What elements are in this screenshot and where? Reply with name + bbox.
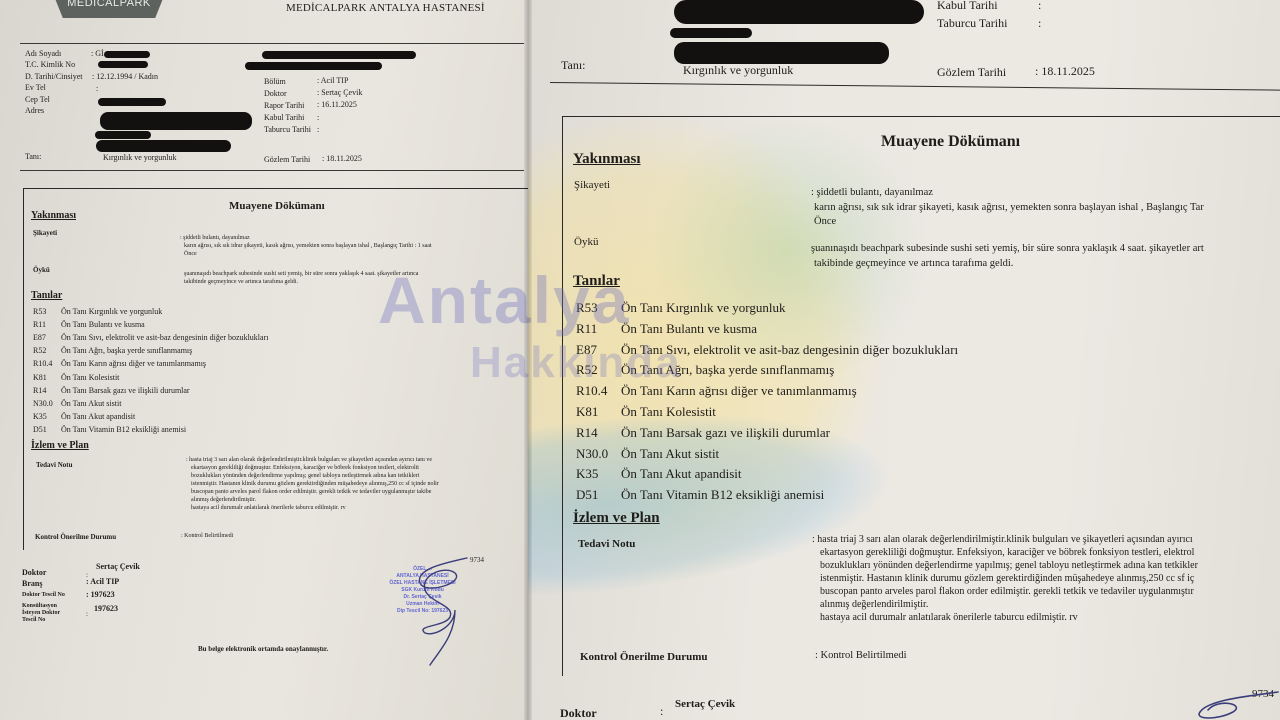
dob-label: D. Tarihi/Cinsiyet (25, 72, 83, 81)
discharge-value: : (1038, 16, 1041, 30)
signature-mark (395, 555, 505, 670)
branch-value: : Acil TIP (86, 577, 119, 586)
treatment-note-line: hastaya acil durumalr anlatılarak öneril… (812, 611, 1198, 624)
diagnosis-code: N30.0 (576, 446, 621, 462)
observation-date-value: : 18.11.2025 (1035, 64, 1095, 78)
diagnosis-text: Ön Tanı Akut apandisit (621, 466, 742, 481)
mobile-label: Cep Tel (25, 95, 50, 104)
department-value: : Acil TIP (317, 76, 348, 85)
watermark-text-primary: Antalya (378, 262, 630, 338)
admission-label: Kabul Tarihi (264, 113, 304, 122)
discharge-label: Taburcu Tarihi (937, 16, 1007, 30)
history-line-2: takibinde geçmeyince ve artınca tarafıma… (184, 278, 298, 286)
treatment-note-line: ekartasyon gerekliliği doğmuştur. Enfeks… (812, 546, 1198, 559)
reg-no-value: : 197623 (86, 590, 115, 599)
treatment-note-line: hastaya acil durumalr anlatılarak öneril… (186, 504, 516, 512)
complaint-line-2: karın ağrısı, sık sık idrar şikayeti, ka… (814, 201, 1204, 214)
diagnosis-row: K81Ön Tanı Kolesistit (33, 373, 119, 382)
treatment-note-line: buscopan panto arveles parol flakon orde… (812, 585, 1198, 598)
diagnosis-row: N30.0Ön Tanı Akut sistit (33, 399, 121, 408)
diagnosis-row: K35Ön Tanı Akut apandisit (576, 466, 742, 482)
redaction (245, 62, 382, 70)
treatment-note-line: : hasta triaj 3 sarı alan olarak değerle… (186, 456, 516, 464)
redaction (95, 131, 151, 139)
diagnosis-text: Ön Tanı Vitamin B12 eksikliği anemisi (621, 487, 824, 502)
department-label: Bölüm (264, 77, 286, 86)
diagnosis-code: K81 (33, 373, 61, 382)
diagnosis-code: R14 (576, 425, 621, 441)
footer-doctor-value: Sertaç Çevik (675, 697, 735, 711)
diagnosis-code: R11 (33, 320, 61, 329)
consult-value: 197623 (94, 604, 118, 613)
name-value: : Gİ (91, 49, 104, 58)
admission-label: Kabul Tarihi (937, 0, 998, 12)
redaction (674, 42, 889, 64)
redaction (670, 28, 752, 38)
dob-value: : 12.12.1994 / Kadın (92, 72, 158, 81)
treatment-note-line: alınmış değerlendirilmiştir. (812, 598, 1198, 611)
diagnosis-text: Ön Tanı Barsak gazı ve ilişkili durumlar (621, 425, 830, 440)
diagnosis-code: N30.0 (33, 399, 61, 408)
redaction (674, 0, 924, 24)
diagnosis-text: Ön Tanı Kırgınlık ve yorgunluk (621, 300, 785, 315)
diagnosis-row: R14Ön Tanı Barsak gazı ve ilişkili durum… (576, 425, 830, 441)
treatment-note-line: : hasta triaj 3 sarı alan olarak değerle… (812, 533, 1198, 546)
discharge-value: : (317, 125, 319, 134)
observation-date-label: Gözlem Tarihi (264, 155, 310, 164)
diagnosis-row: D51Ön Tanı Vitamin B12 eksikliği anemisi (33, 425, 186, 434)
footer-doctor-label: Doktor (22, 568, 46, 577)
medicalpark-logo: MEDİCALPARK (54, 0, 164, 18)
doctor-value: : Sertaç Çevik (317, 88, 362, 97)
treatment-label: Tedavi Notu (578, 537, 635, 551)
consult-label-2: İsteyen Doktor (22, 610, 60, 617)
treatment-note-line: bozuklukları yönünden değerlendirme yapı… (812, 559, 1198, 572)
complaint-heading: Yakınması (31, 210, 76, 221)
treatment-note-line: istenmiştir. Hastanın klinik durumu gözl… (186, 480, 516, 488)
treatment-note-line: istenmiştir. Hastanın klinik durumu gözl… (812, 572, 1198, 585)
name-label: Adı Soyadı (25, 49, 61, 58)
treatment-note-line: buscopan panto arveles parol flakon orde… (186, 488, 516, 496)
diagnosis-code: D51 (576, 487, 621, 503)
watermark-text-secondary: Hakkında (470, 338, 682, 388)
diagnosis-text: Ön Tanı Vitamin B12 eksikliği anemisi (61, 425, 186, 434)
diagnosis-code: R14 (33, 386, 61, 395)
redaction (104, 51, 150, 58)
consult-label-3: Tescil No (22, 617, 45, 624)
redaction (98, 98, 166, 106)
diagnosis-text: Ön Tanı Akut sistit (61, 399, 121, 408)
header-divider-bottom (550, 82, 1280, 91)
diagnosis-row: D51Ön Tanı Vitamin B12 eksikliği anemisi (576, 487, 824, 503)
diagnosis-code: R52 (33, 346, 61, 355)
diagnosis-code: R53 (33, 307, 61, 316)
complaint-line-1: : şiddetli bulantı, dayanılmaz (180, 234, 250, 242)
admission-value: : (317, 113, 319, 122)
colon: : (660, 704, 663, 718)
diagnosis-row: K81Ön Tanı Kolesistit (576, 404, 716, 420)
diagnosis-label: Tanı: (561, 58, 586, 72)
report-date-value: : 16.11.2025 (317, 100, 357, 109)
diagnosis-text: Ön Tanı Bulantı ve kusma (61, 320, 145, 329)
diagnosis-row: K35Ön Tanı Akut apandisit (33, 412, 135, 421)
diagnosis-text: Ön Tanı Akut sistit (621, 446, 719, 461)
treatment-label: Tedavi Notu (36, 461, 73, 469)
control-value: : Kontrol Belirtilmedi (815, 649, 907, 663)
doc-title: Muayene Dökümanı (229, 200, 325, 212)
diagnosis-row: R10.4Ön Tanı Karın ağrısı diğer ve tanım… (33, 359, 206, 368)
diagnosis-text: Ön Tanı Ağrı, başka yerde sınıflanmamış (61, 346, 192, 355)
control-value: : Kontrol Belirtilmedi (181, 532, 233, 540)
redaction (98, 61, 148, 68)
consult-label-1: Konsültasyon (22, 603, 57, 610)
diagnosis-text: Ön Tanı Bulantı ve kusma (621, 321, 757, 336)
treatment-note-line: alınmış değerlendirilmiştir. (186, 496, 516, 504)
diagnoses-heading: Tanılar (31, 290, 62, 301)
diagnosis-row: R52Ön Tanı Ağrı, başka yerde sınıflanmam… (33, 346, 192, 355)
diagnosis-code: R10.4 (33, 359, 61, 368)
complaint-line-3: Önce (184, 250, 197, 258)
history-label: Öykü (33, 266, 50, 274)
complaint-label: Şikayeti (574, 178, 610, 192)
complaint-label: Şikayeti (33, 229, 57, 237)
home-tel-label: Ev Tel (25, 83, 46, 92)
plan-heading: İzlem ve Plan (31, 440, 89, 451)
diagnosis-label: Tanı: (25, 152, 41, 161)
diagnosis-code: K81 (576, 404, 621, 420)
diagnosis-row: R11Ön Tanı Bulantı ve kusma (33, 320, 145, 329)
discharge-label: Taburcu Tarihi (264, 125, 311, 134)
page-fold (524, 0, 532, 720)
control-label: Kontrol Önerilme Durumu (580, 650, 708, 664)
diagnosis-text: Ön Tanı Kolesistit (61, 373, 119, 382)
diagnosis-row: E87Ön Tanı Sıvı, elektrolit ve asit-baz … (33, 333, 268, 342)
diagnosis-code: E87 (33, 333, 61, 342)
diagnosis-value: Kırgınlık ve yorgunluk (103, 153, 176, 162)
plan-heading: İzlem ve Plan (573, 510, 660, 527)
tc-label: T.C. Kimlik No (25, 60, 75, 69)
diagnosis-text: Ön Tanı Sıvı, elektrolit ve asit-baz den… (61, 333, 268, 342)
doc-title: Muayene Dökümanı (881, 133, 1020, 151)
footer-doctor-label: Doktor (560, 706, 597, 720)
redaction (100, 112, 252, 130)
diagnosis-code: D51 (33, 425, 61, 434)
header-divider-bottom (20, 170, 524, 171)
diagnosis-text: Ön Tanı Kolesistit (621, 404, 716, 419)
footer-doctor-value: Sertaç Çevik (96, 562, 140, 571)
treatment-note-line: ekartasyon gerekliliği doğmuştur. Enfeks… (186, 464, 516, 472)
diagnosis-text: Ön Tanı Kırgınlık ve yorgunluk (61, 307, 162, 316)
hospital-title: MEDİCALPARK ANTALYA HASTANESİ (286, 2, 485, 14)
admission-value: : (1038, 0, 1041, 12)
doctor-label: Doktor (264, 89, 287, 98)
branch-label: Branş (22, 579, 42, 588)
control-label: Kontrol Önerilme Durumu (35, 533, 116, 541)
diagnosis-code: K35 (576, 466, 621, 482)
redaction (262, 51, 416, 59)
complaint-line-3: Önce (814, 215, 836, 228)
home-tel-value: : (96, 84, 98, 93)
diagnosis-text: Ön Tanı Karın ağrısı diğer ve tanımlanma… (61, 359, 206, 368)
observation-date-label: Gözlem Tarihi (937, 65, 1006, 79)
diagnosis-row: R53Ön Tanı Kırgınlık ve yorgunluk (33, 307, 162, 316)
redaction (96, 140, 231, 152)
e-sign-note: Bu belge elektronik ortamda onaylanmıştı… (198, 645, 328, 654)
history-line-2: takibinde geçmeyince ve artınca tarafıma… (814, 257, 1013, 270)
left-document-page: MEDİCALPARK MEDİCALPARK ANTALYA HASTANES… (0, 0, 528, 720)
treatment-note: : hasta triaj 3 sarı alan olarak değerle… (812, 533, 1198, 624)
history-line-1: şuanınaşıdı beachpark subesinde sushi se… (811, 242, 1204, 255)
complaint-line-2: karın ağrısı, sık sık idrar şikayeti, ka… (184, 242, 432, 250)
treatment-note-line: bozuklukları yönünden değerlendirme yapı… (186, 472, 516, 480)
diagnosis-text: Ön Tanı Barsak gazı ve ilişkili durumlar (61, 386, 190, 395)
signature-mark (1178, 690, 1280, 720)
diagnosis-code: K35 (33, 412, 61, 421)
address-label: Adres (25, 106, 44, 115)
diagnosis-row: R14Ön Tanı Barsak gazı ve ilişkili durum… (33, 386, 190, 395)
diagnosis-value: Kırgınlık ve yorgunluk (683, 63, 793, 77)
history-label: Öykü (574, 235, 598, 249)
reg-no-label: Doktor Tescil No (22, 591, 65, 599)
complaint-line-1: : şiddetli bulantı, dayanılmaz (811, 186, 933, 199)
header-divider (20, 43, 524, 44)
colon: : (86, 610, 88, 619)
diagnosis-text: Ön Tanı Akut apandisit (61, 412, 135, 421)
complaint-heading: Yakınması (573, 151, 641, 168)
treatment-note: : hasta triaj 3 sarı alan olarak değerle… (186, 456, 516, 512)
report-date-label: Rapor Tarihi (264, 101, 304, 110)
observation-date-value: : 18.11.2025 (322, 154, 362, 163)
diagnosis-row: N30.0Ön Tanı Akut sistit (576, 446, 719, 462)
